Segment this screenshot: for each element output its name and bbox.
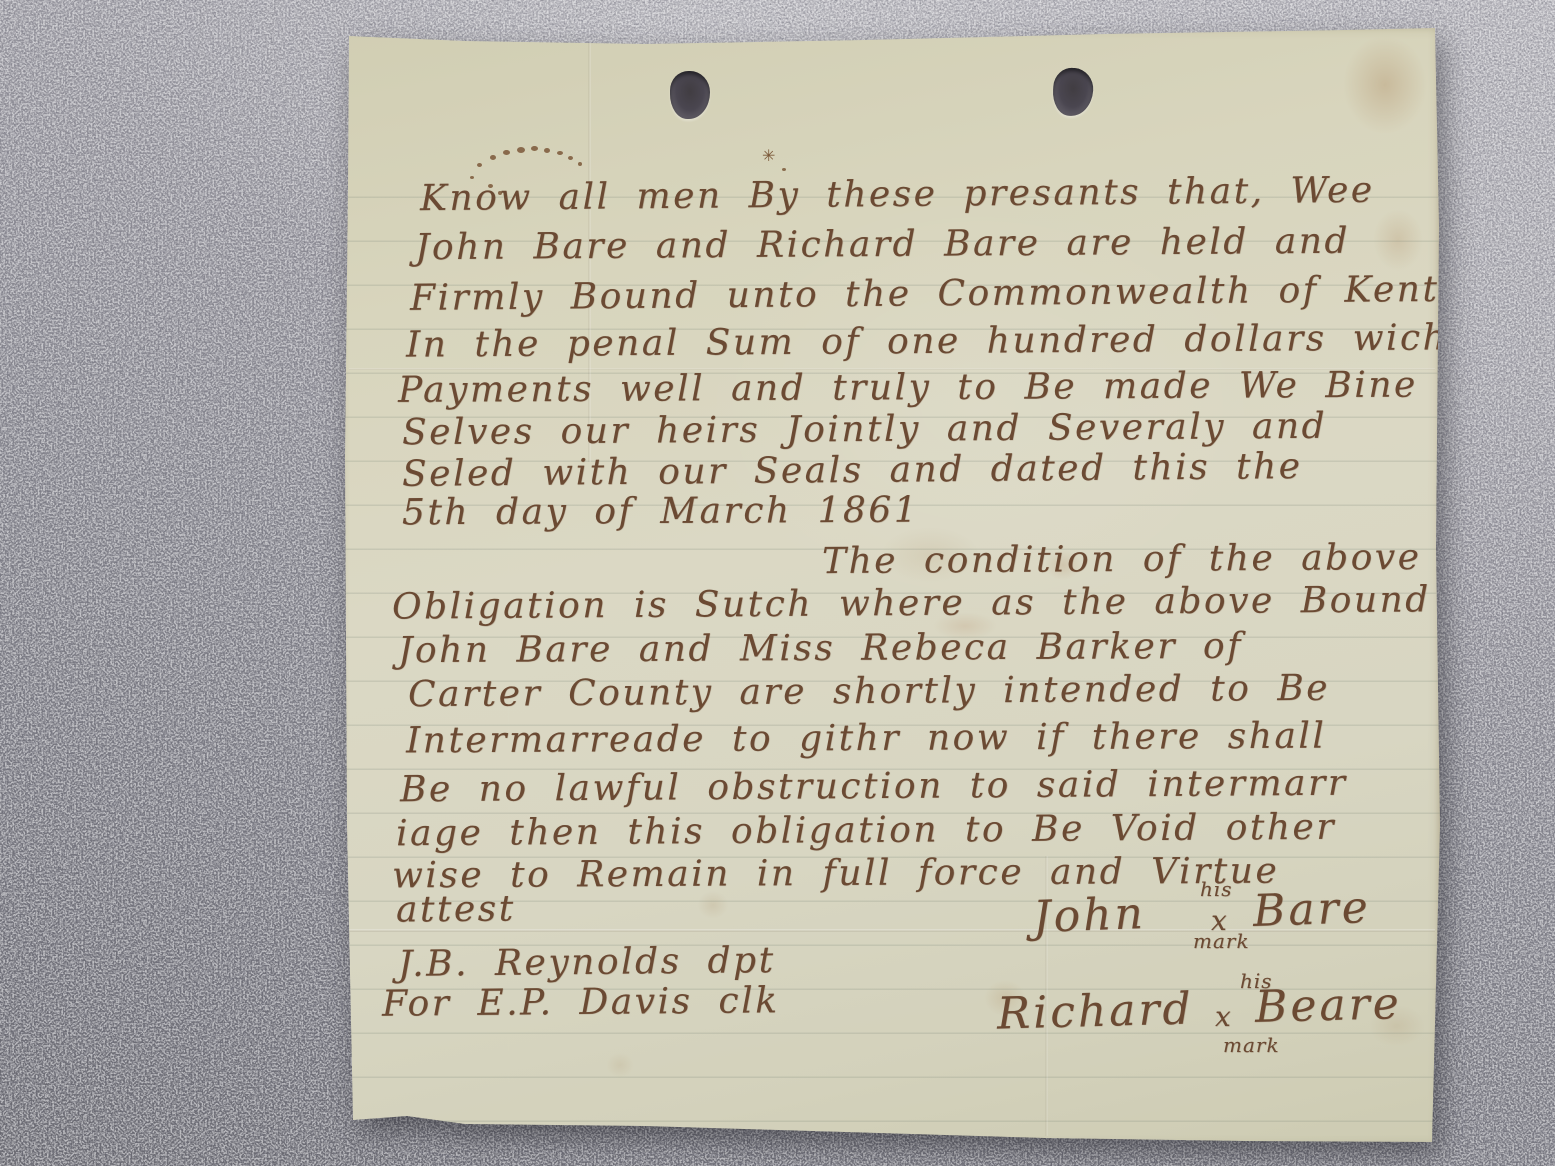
signature-richard-last: Beare	[1254, 980, 1402, 1032]
ink-spatter-dot	[490, 155, 496, 160]
handwritten-line: Carter County are shortly intended to Be	[408, 669, 1330, 715]
signature-john-his: his	[1200, 878, 1233, 900]
ink-spatter-dot	[782, 168, 786, 171]
handwritten-line: Be no lawful obstruction to said interma…	[400, 764, 1348, 810]
handwritten-line: iage then this obligation to Be Void oth…	[396, 808, 1336, 854]
signature-richard-first: Richard	[996, 985, 1194, 1039]
punch-hole-right	[1051, 67, 1094, 118]
ink-spatter-dot	[544, 148, 550, 153]
handwritten-line: wise to Remain in full force and Virtue	[392, 852, 1279, 896]
handwritten-line: Intermarreade to githr now if there shal…	[406, 717, 1327, 761]
ink-spatter-dot	[517, 147, 525, 153]
handwritten-line: John Bare and Miss Rebeca Barker of	[398, 627, 1243, 671]
handwritten-line: Payments well and truly to Be made We Bi…	[398, 365, 1513, 410]
document-photo: ✳ Know all men By these presants that, W…	[0, 0, 1555, 1166]
signature-richard-x-mark: x	[1215, 1002, 1233, 1033]
handwritten-line: The condition of the above	[822, 538, 1422, 582]
handwritten-line: Seled with our Seals and dated this the	[402, 447, 1303, 494]
ink-spatter-dot	[531, 146, 538, 151]
attest-label: attest	[396, 889, 516, 930]
handwritten-line: Know all men By these presants that, Wee	[420, 171, 1375, 219]
signature-john-first: John	[1032, 890, 1146, 942]
signature-john-last: Bare	[1252, 884, 1371, 936]
ink-blot: ✳	[762, 146, 775, 165]
ink-spatter-dot	[568, 156, 573, 160]
witness-signature-1: J.B. Reynolds dpt	[398, 941, 776, 985]
handwritten-line: In the penal Sum of one hundred dollars …	[406, 318, 1449, 365]
ink-spatter-dot	[503, 150, 510, 155]
signature-john-mark: mark	[1193, 930, 1250, 952]
witness-signature-2: For E.P. Davis clk	[382, 981, 780, 1024]
paper-sheet: ✳ Know all men By these presants that, W…	[345, 26, 1441, 1148]
handwritten-line: Obligation is Sutch where as the above B…	[392, 580, 1431, 627]
punch-hole-left	[670, 71, 710, 119]
handwritten-line: John Bare and Richard Bare are held and	[415, 222, 1350, 268]
paper-face: ✳ Know all men By these presants that, W…	[345, 26, 1441, 1148]
ink-spatter-dot	[477, 163, 482, 167]
handwritten-line: Selves our heirs Jointly and Severaly an…	[402, 407, 1327, 453]
ink-spatter-dot	[578, 162, 582, 166]
handwritten-line: 5th day of March 1861	[402, 491, 919, 533]
signature-richard-mark: mark	[1223, 1034, 1280, 1056]
ink-spatter-dot	[557, 151, 563, 155]
handwritten-line: Firmly Bound unto the Commonwealth of Ke…	[410, 269, 1535, 318]
